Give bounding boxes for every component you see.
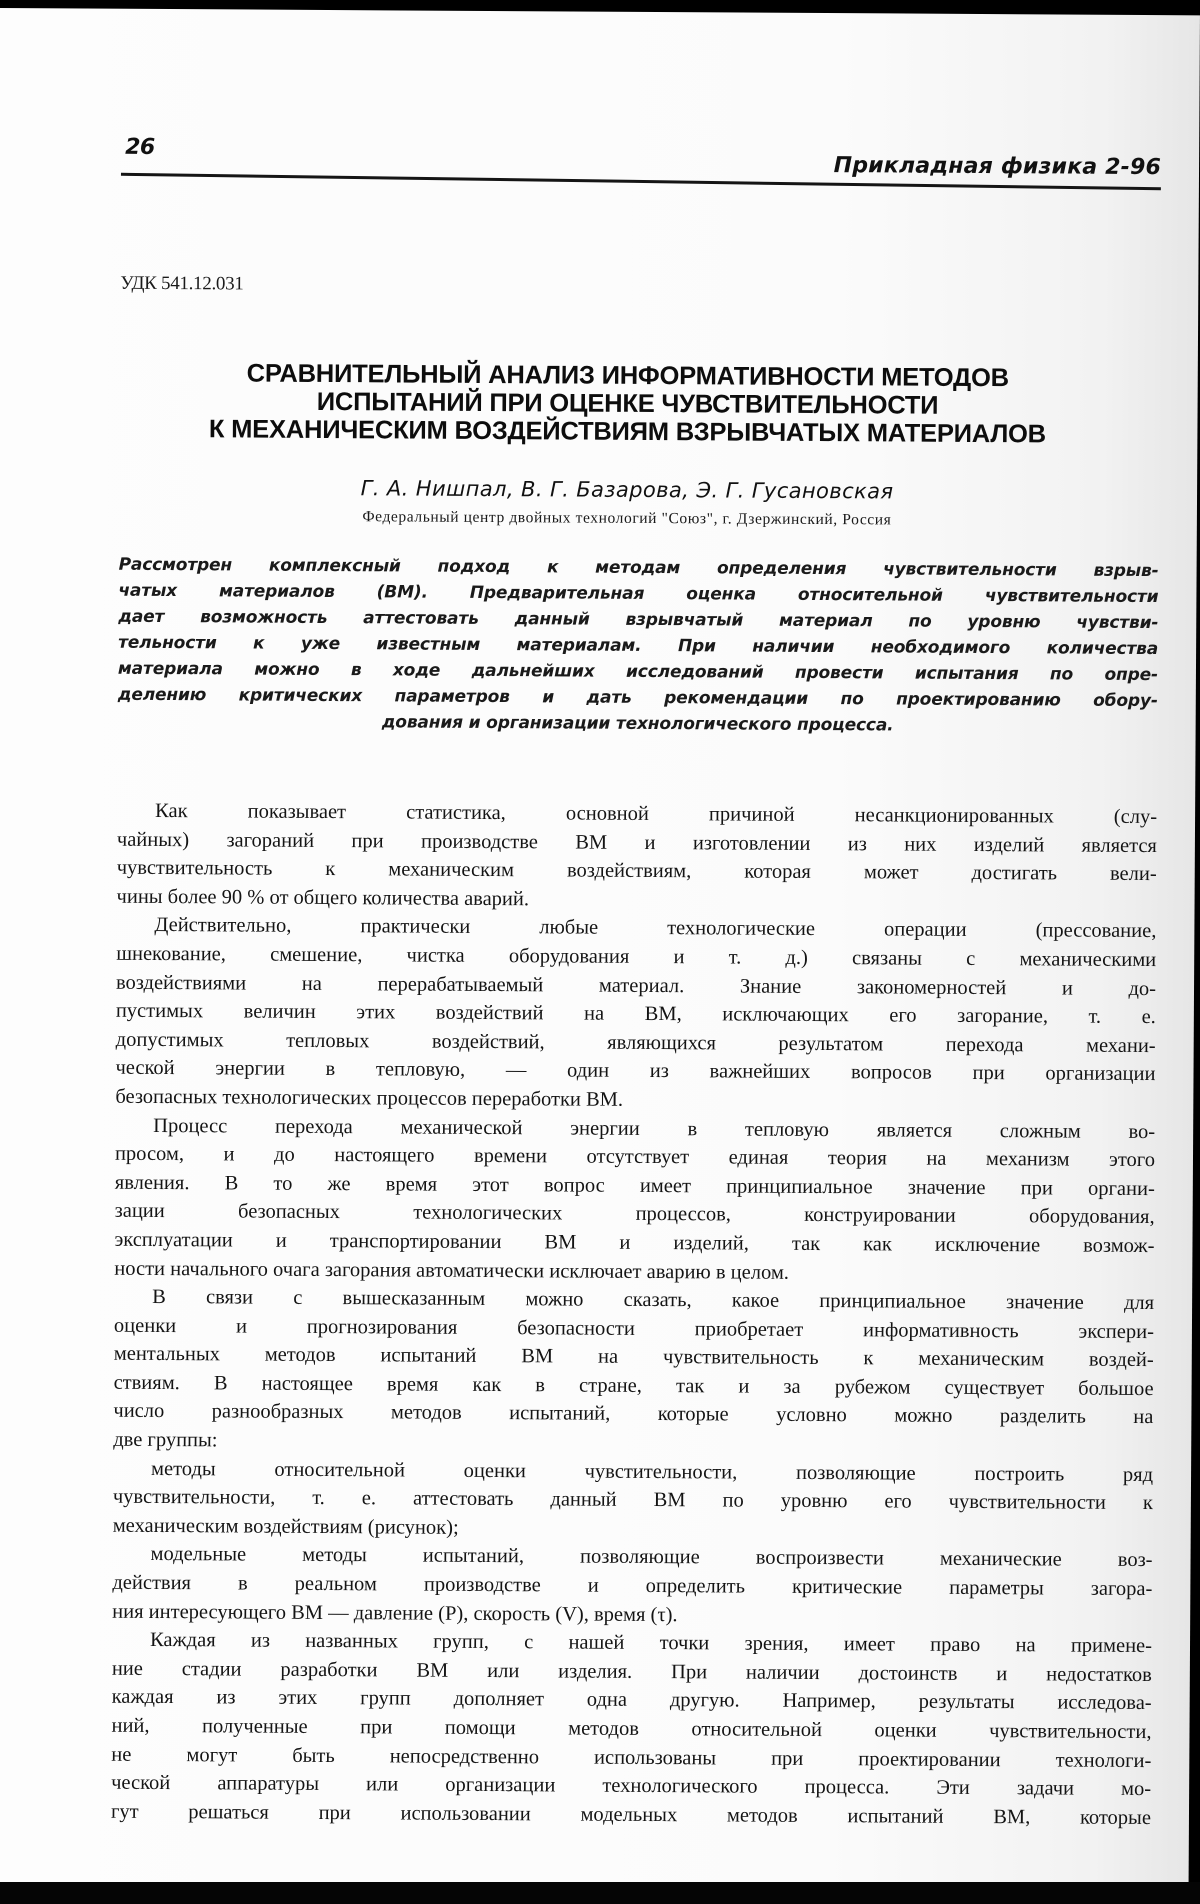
list-item: методы относительной оценки чувстительно… [113, 1454, 1154, 1546]
paragraph: В связи с вышесказанным можно сказать, к… [113, 1283, 1154, 1461]
paragraph: Каждая из названных групп, с нашей точки… [111, 1626, 1152, 1833]
abstract: Рассмотрен комплексный подход к методам … [118, 552, 1159, 740]
paragraph: Процесс перехода механической энергии в … [114, 1111, 1155, 1289]
running-head: 26 Прикладная физика 2-96 [121, 135, 1161, 181]
article-title: СРАВНИТЕЛЬНЫЙ АНАЛИЗ ИНФОРМАТИВНОСТИ МЕТ… [97, 359, 1157, 449]
scan-bottom-edge [0, 1882, 1200, 1904]
text-line: гут решаться при использовании модельных… [111, 1797, 1151, 1832]
journal-name: Прикладная физика 2-96 [834, 153, 1162, 180]
body-text: Как показывает статистика, основной прич… [111, 797, 1157, 1833]
list-item: модельные методы испытаний, позволяющие … [112, 1540, 1153, 1632]
udc-code: УДК 541.12.031 [120, 273, 243, 296]
authors: Г. А. Нишпал, В. Г. Базарова, Э. Г. Гуса… [97, 475, 1157, 505]
paragraph: Как показывает статистика, основной прич… [116, 797, 1157, 918]
page-number: 26 [125, 135, 155, 160]
journal-page: 26 Прикладная физика 2-96 УДК 541.12.031… [0, 8, 1200, 1895]
affiliation: Федеральный центр двойных технологий "Со… [97, 507, 1157, 531]
paragraph: Действительно, практически любые техноло… [115, 911, 1156, 1118]
title-line: К МЕХАНИЧЕСКИМ ВОЗДЕЙСТВИЯМ ВЗРЫВЧАТЫХ М… [97, 415, 1157, 449]
